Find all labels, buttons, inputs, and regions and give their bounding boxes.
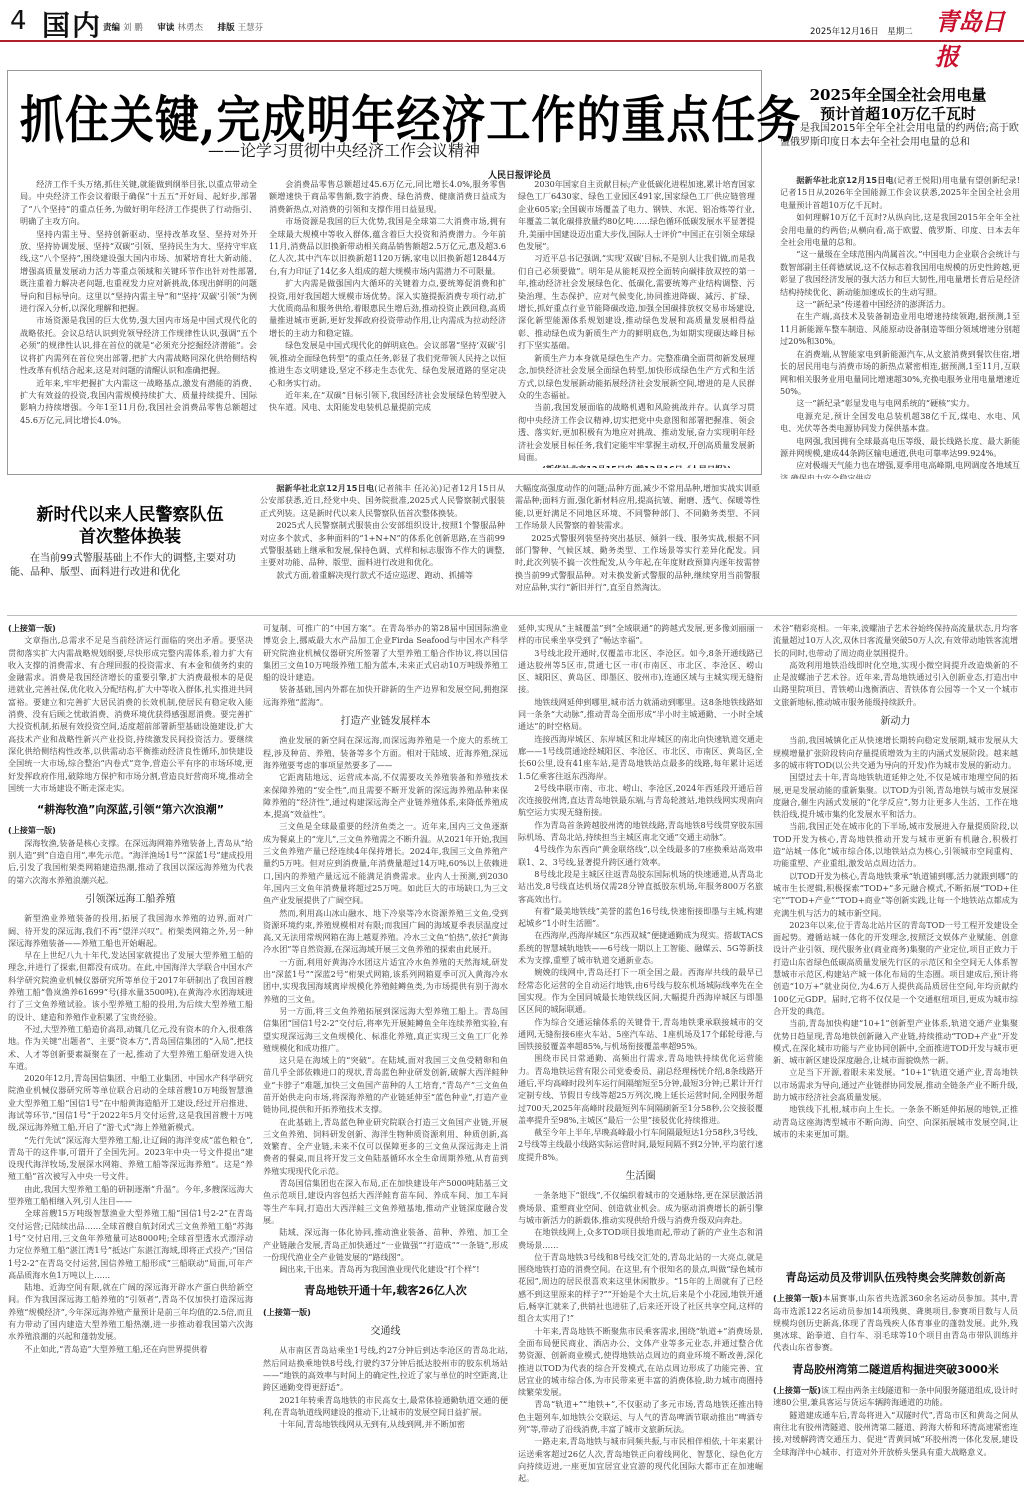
paragraph: 2020年12月,青岛国信集团、中船工业集团、中国水产科学研究院渔业机械仪器研究… <box>8 1072 253 1133</box>
paragraph: 2025式警服列装坚持突出基层、倾斜一线、服务实战,根据不同部门警种、气候区域、… <box>515 532 760 594</box>
paragraph: 隧道建成通车后,青岛将进入“双隧时代”,青岛市区和黄岛之间从南往北有胶州湾隧道、… <box>773 1409 1018 1458</box>
paragraph: 文章指出,总需求不足是当前经济运行面临的突出矛盾。要坚决贯彻落实扩大内需战略规划… <box>8 634 253 794</box>
paragraph: 婉娩的线网中,青岛还打下一项全国之最。西海岸共线的最早已经常态化运营的全自动运行… <box>518 966 763 1015</box>
paragraph: 当前,我国正处在城市化的下半场,城市发展进入存量提质阶段,以TOD开发为核心,青… <box>773 820 1018 869</box>
jump-label: (上接第一版) <box>8 824 253 836</box>
police-body: 据新华社北京12月15日电(记者熊丰 任沁沁)记者12月15日从公安部获悉,近日… <box>260 482 760 608</box>
paragraph: 这只是在海域上的“突破”。在陆域,面对我国三文鱼受精卵和鱼苗几乎全部依赖进口的现… <box>263 1054 508 1115</box>
bottom-column-2: 可复制、可推广的“中国方案”。在青岛举办的第28届中国国际渔业博览会上,挪威最大… <box>263 622 508 1482</box>
electricity-body: 据新华社北京12月15日电(记者王悦阳)用电量有望创新纪录!记者15日从2026… <box>780 174 1020 479</box>
paragraph: 据新华社北京12月15日电(记者熊丰 任沁沁)记者12月15日从公安部获悉,近日… <box>260 482 505 519</box>
section-divider <box>7 615 1017 616</box>
reporter: (记者熊丰 任沁沁) <box>374 483 442 493</box>
paragraph: “先行先试”深远海大型养殖工船,让辽阔的海洋变成“蓝色粮仓”,青岛干的这件事,可… <box>8 1134 253 1183</box>
reporter: (记者王悦阳) <box>894 175 942 185</box>
paragraph: 在生产端,高技术及装备制造业用电增速持续领跑,据预测,1至11月新能源车整车制造… <box>780 310 1020 347</box>
header-rule <box>0 40 1024 42</box>
subhead: 引领深远海工船养殖 <box>8 894 253 906</box>
paragraph: 扩大内需是做强国内大循环的关键着力点,要统筹促消费和扩投资,用好我国超大规模市场… <box>269 277 506 339</box>
lead-column-1: 经济工作千头万绪,抓住关键,就能做到纲举目张,以重点带动全局。中央经济工作会议着… <box>20 178 257 468</box>
paragraph: 以TOD开发为核心,青岛地铁秉承“轨道铺到哪,活力就跟到哪”的城市生长逻辑,积极… <box>773 870 1018 919</box>
paragraph: 从市南区青岛站乘坐1号线,约27分钟后到达李沧区的青岛北站,然后同站换乘地铁8号… <box>263 1344 508 1393</box>
paragraph: 可复制、可推广的“中国方案”。在青岛举办的第28届中国国际渔业博览会上,挪威最大… <box>263 622 508 683</box>
paragraph: 据新华社北京12月15日电(记者王悦阳)用电量有望创新纪录!记者15日从2026… <box>780 174 1020 211</box>
paragraph: (上接第一版)本届赛事,山东省共选派360余名运动员参加。其中,青岛市选派122… <box>773 1292 1018 1353</box>
paragraph: 十年来,青岛地铁不断聚焦市民乘客需求,围绕“轨道+”消费场景,全面布局便民商业、… <box>518 1325 763 1399</box>
paragraph: 坚持内需主导、坚持创新驱动、坚持改革攻坚、坚持对外开放、坚持协调发展、坚持“双碳… <box>20 228 257 315</box>
paragraph: 2号线串联市南、市北、崂山、李沧区,2024年西延段开通后首次连接胶州湾,直达青… <box>518 782 763 819</box>
paragraph: 不止如此,“青岛造”大型养殖工船,还在向世界提供着 <box>8 1343 253 1355</box>
headline-line: 首次整体换装 <box>79 527 181 547</box>
subhead: 打造产业链发展样本 <box>263 716 508 728</box>
paragraph: 近年来,在“双碳”目标引领下,我国经济社会发展绿色转型驶入快车道。风电、太阳能发… <box>269 389 506 414</box>
paragraph: 当前,青岛加快构建“10+1”创新型产业体系,轨道交通产业集聚优势日趋显现,青岛… <box>773 1017 1018 1066</box>
dateline: 据新华社北京12月15日电 <box>796 175 894 185</box>
metro-continuation: 术谷”精彩亮相。一年来,波螺油子艺术谷始终保持高流量状态,月均客流量超过10万人… <box>773 622 1018 1262</box>
paragraph: 三文鱼是全球最重要的经济鱼类之一。近年来,国内三文鱼逐渐成为餐桌上的“宠儿”,三… <box>263 820 508 906</box>
paragraph: 近年来,牢牢把握扩大内需这一战略基点,激发有潜能的消费、扩大有效益的投资,我国内… <box>20 377 257 427</box>
paragraph: 作为青岛首条跨越胶州湾的地铁线路,青岛地铁8号线贯穿胶东国际机场、青岛北站,持续… <box>518 819 763 844</box>
paragraph: 深海牧渔,装备是核心支撑。在深远海网箱养殖装备上,青岛从“给别人造”到“自造自用… <box>8 837 253 886</box>
police-column-2: 大幅度高强度动作的问题;品种方面,减少不常用品种,增加实战实训亟需品种;面料方面… <box>515 482 760 608</box>
paragraph: 经济工作千头万绪,抓住关键,就能做到纲举目张,以重点带动全局。中央经济工作会议着… <box>20 178 257 228</box>
paragraph: 渔业发展的新空间在深远海,而深远海养殖是一个庞大的系统工程,涉及种苗、养殖、装备… <box>263 734 508 771</box>
paragraph: 当前,我国发展面临的战略机遇和风险挑战并存。认真学习贯彻中央经济工作会议精神,切… <box>518 401 755 463</box>
lead-subtitle: ——论学习贯彻中央经济工作会议精神 <box>208 138 480 161</box>
paragraph: 陆地、近海空间有限,就在广阔的深远海开辟水产蛋白供给新空间。作为我国深远海工船养… <box>8 1281 253 1342</box>
paragraph: 在西海岸,西海岸城区“东西双城”便捷通勤成为现实。搭载TACS系统的智慧城轨地铁… <box>518 929 763 966</box>
paragraph: 2025式人民警察制式服装由公安部组织设计,按照1个警服品种对应多个款式、多种面… <box>260 519 505 569</box>
paragraph: 高效利用地铁沿线即时化空地,实现小微空间提升改造焕新的不止是波螺油子艺术谷。近年… <box>773 659 1018 708</box>
subhead: 生活圈 <box>518 1171 763 1183</box>
paragraph: 连接西海岸城区、东岸城区和北岸城区的南北向快速轨道交通走廊——1号线贯通途经城阳… <box>518 733 763 782</box>
paragraph: 2023年以来,位于青岛北站片区的青岛TOD一号工程开发建设全面起势。遵循站城一… <box>773 919 1018 1017</box>
subhead: 交通线 <box>263 1326 508 1338</box>
headline-line: 2025年全国全社会用电量 <box>810 86 987 104</box>
credit-name: 王慧芬 <box>238 23 264 33</box>
lead-column-3: 2030年国家自主贡献目标;产业低碳化进程加速,累计培育国家绿色工厂6430家、… <box>518 178 755 468</box>
paragraph: 市场资源是我国的巨大优势,强大国内市场是中国式现代化的战略依托。会议总结认识到党… <box>20 314 257 376</box>
lead-body: 经济工作千头万绪,抓住关键,就能做到纲举目张,以重点带动全局。中央经济工作会议着… <box>20 178 755 468</box>
paragraph: 习近平总书记强调,“实现‘双碳’目标,不是别人让我们做,而是我们自己必须要做”。… <box>518 252 755 351</box>
paragraph: 不过,大型养殖工船造价高昂,动辄几亿元,没有资本的介入,很难落地。作为关键“出题… <box>8 1023 253 1072</box>
paragraph: 阔出来,干出来。青岛再为我国渔业现代化建设“打个样”! <box>263 1263 508 1275</box>
paragraph: 市场资源是我国的巨大优势,我国是全球第二大消费市场,拥有全球最大规模中等收入群体… <box>269 215 506 277</box>
jump-label: (上接第一版) <box>773 1385 821 1395</box>
editor-credits: 责编刘 鹏 审读林勇杰 排版王慧芬 <box>103 21 275 33</box>
source-line: (新华社北京12月15日电 载12月16日《人民日报》) <box>518 463 755 468</box>
credit-name: 刘 鹏 <box>123 23 143 33</box>
fishery-headline: “耕海牧渔”向深蓝,引领“第六次浪潮” <box>8 804 253 816</box>
paragraph: 青岛“轨道+”“地铁+”,不仅驱动了多元市场,青岛地铁还推出特色主题列车,如地铁… <box>518 1398 763 1435</box>
paragraph: 在消费端,从智能家电到新能源汽车,从文旅消费到餐饮住宿,增长的居民用电与消费市场… <box>780 348 1020 398</box>
paragraph: 会消费品零售总额超过45.6万亿元,同比增长4.0%,服务零售额增速快于商品零售… <box>269 178 506 215</box>
paragraph: 早在上世纪八九十年代,发达国家就提出了发展大型养殖工船的理念,并进行了探索,但都… <box>8 949 253 1023</box>
jump-label: (上接第一版) <box>773 1293 822 1303</box>
paragraph: 新型渔业养殖装备的投用,拓展了我国海水养殖的边界,面对广阔、待开发的深远海,我们… <box>8 912 253 949</box>
paragraph: 3号线北段开通时,仅覆盖市北区、李沧区。如今,8条开通线路已通达胶州等5区市,贯… <box>518 647 763 696</box>
paragraph: 这一“新纪录”传递着中国经济的澎湃活力。 <box>780 298 1020 310</box>
credit-role: 责编 <box>103 23 120 33</box>
dateline: 据新华社北京12月15日电 <box>276 483 374 493</box>
paragraph: 电源充足,预计全国发电总装机超38亿千瓦,煤电、水电、风电、光伏等各类电源协同发… <box>780 410 1020 435</box>
paragraph: 应对极端天气能力也在增强,夏季用电高峰期,电网调度各地域互济,确保电力安全稳定供… <box>780 459 1020 479</box>
masthead: 4 国内 责编刘 鹏 审读林勇杰 排版王慧芬 2025年12月16日 星期二 青… <box>0 0 1024 42</box>
paragraph: 由此,我国大型养殖工船的研制逐渐“升温”。今年,多艘深远海大型养殖工船相继入列,… <box>8 1183 253 1208</box>
paragraph: 电网强,我国拥有全球最高电压等级、最长线路长度、最大新能源并网规模,建成44条跨… <box>780 435 1020 460</box>
paragraph: 一路走来,青岛地铁与城市同频共振,与市民相伴相依,十年来累计运送乘客超过26亿人… <box>518 1435 763 1482</box>
police-headline: 新时代以来人民警察队伍 首次整体换装 <box>10 504 250 548</box>
paragraph: (上接第一版)该工程由两条主线隧道和一条中间服务隧道组成,设计时速80公里,兼具… <box>773 1384 1018 1409</box>
electricity-deck: 是我国2015年全年全社会用电量的约两倍;高于欧盟俄罗斯印度日本去年全社会用电量… <box>780 122 1020 150</box>
electricity-headline: 2025年全国全社会用电量 预计首超10万亿千瓦时 <box>778 86 1018 124</box>
headline-line: 预计首超10万亿千瓦时 <box>820 105 976 123</box>
tunnel-headline: 青岛胶州湾第二隧道盾构掘进突破3000米 <box>773 1364 1018 1376</box>
police-deck: 在当前99式警服基础上不作大的调整,主要对功能、品种、版型、面料进行改进和优化 <box>10 552 255 580</box>
paragraph: 青岛国信集团也在深入布局,正在加快建设年产5000吨陆基三文鱼示范项目,建设内容… <box>263 1177 508 1226</box>
paragraph: 绿色发展是中国式现代化的鲜明底色。会议部署“坚持‘双碳’引领,推动全面绿色转型”… <box>269 339 506 389</box>
paragraph: 大幅度高强度动作的问题;品种方面,减少不常用品种,增加实战实训亟需品种;面料方面… <box>515 482 760 532</box>
bottom-column-4: 术谷”精彩亮相。一年来,波螺油子艺术谷始终保持高流量状态,月均客流量超过10万人… <box>773 622 1018 1482</box>
paragraph: 2021年转乘青岛地铁的市民高女士,最常体验通勤轨道交通的便利,在青岛轨道线网建… <box>263 1394 508 1419</box>
paralympics-headline: 青岛运动员及带训队伍残特奥会奖牌数创新高 <box>773 1272 1018 1284</box>
paragraph: 它距离陆地远、运营成本高,不仅需要攻关养殖装备和养殖技术来保障养殖的“安全性”,… <box>263 771 508 820</box>
newspaper-logo: 青岛日报 <box>935 2 1024 72</box>
paragraph: 术谷”精彩亮相。一年来,波螺油子艺术谷始终保持高流量状态,月均客流量超过10万人… <box>773 622 1018 659</box>
credit-role: 排版 <box>218 23 235 33</box>
paragraph: 装备基础,国内外都在加快开辟新的生产边界和发展空间,拥抱深远海养殖“蓝海”。 <box>263 683 508 708</box>
issue-date: 2025年12月16日 星期二 <box>810 25 913 37</box>
bottom-column-3: 延伸,实现从“主城覆盖”到“全域联通”的跨越式发展,更多像刘丽丽一样的市民乘坐享… <box>518 622 763 1482</box>
paragraph: “这一量级在全球范围内尚属首次。”中国电力企业联合会统计与数智部副主任蒋德斌说,… <box>780 248 1020 298</box>
paragraph: 位于青岛地铁3号线和8号线交汇处的,青岛北站的一大亮点,就是围绕地铁打造的消费空… <box>518 1251 763 1325</box>
lead-column-2: 会消费品零售总额超过45.6万亿元,同比增长4.0%,服务零售额增速快于商品零售… <box>269 178 506 468</box>
paragraph: 围绕市民日常通勤、高频出行需求,青岛地铁持续优化运营能力。青岛地铁运营有限公司党… <box>518 1052 763 1126</box>
credit-name: 林勇杰 <box>177 23 203 33</box>
paragraph: 4号线作为东西向“黄金联络线”,以全线最多的7座换乘站高效串联1、2、3号线,显… <box>518 843 763 868</box>
paragraph: 在地铁线网上,众多TOD项目拔地而起,带动了新的产业生态和消费场景…… <box>518 1226 763 1251</box>
subhead: 新动力 <box>773 716 1018 728</box>
paragraph: 款式方面,着重解决现行款式不适应巡逻、跑动、抓捕等 <box>260 569 505 581</box>
paragraph: 这一“新纪录”彰显发电与电网系统的“硬核”实力。 <box>780 397 1020 409</box>
police-column-1: 据新华社北京12月15日电(记者熊丰 任沁沁)记者12月15日从公安部获悉,近日… <box>260 482 505 608</box>
paragraph: 如何理解10万亿千瓦时?从纵向比,这是我国2015年全年全社会用电量的约两倍;从… <box>780 211 1020 248</box>
paragraph: 截至今年上半年,早晚高峰最小行车间隔最短达1分58秒,3号线、2号线等主线最小线… <box>518 1126 763 1163</box>
headline-line: 新时代以来人民警察队伍 <box>37 505 224 525</box>
paragraph: 另一方面,将三文鱼养殖拓展到深远海大型养殖工船上。青岛国信集团“国信1号2-2”… <box>263 1005 508 1054</box>
jump-label: (上接第一版) <box>263 1306 508 1318</box>
bottom-column-1: (上接第一版) 文章指出,总需求不足是当前经济运行面临的突出矛盾。要坚决贯彻落实… <box>8 622 253 1482</box>
lead-story: 抓住关键,完成明年经济工作的重点任务 ——论学习贯彻中央经济工作会议精神 人民日… <box>7 70 762 475</box>
paragraph: 在此基础上,青岛蓝色种业研究院联合打造三文鱼国产业链,开展三文鱼养殖、饲料研发创… <box>263 1116 508 1177</box>
paragraph: 延伸,实现从“主城覆盖”到“全域联通”的跨越式发展,更多像刘丽丽一样的市民乘坐享… <box>518 622 763 647</box>
paragraph: 8号线北段是主城区往返青岛胶东国际机场的快速通道,从青岛北站出发,8号线直达机场… <box>518 868 763 905</box>
paragraph: 作为综合交通运输体系的关键骨干,青岛地铁秉承联接城市的交通网,无缝衔接6座火车站… <box>518 1016 763 1053</box>
paragraph: 一方面,利用好黄海冷水团这片适宜冷水鱼养殖的天然海域,研发出“深蓝1号”“深蓝2… <box>263 956 508 1005</box>
paragraph: 有着“最美地铁线”美誉的蓝色16号线,快速衔接即墨与主城,构建起城乡“1小时生活… <box>518 905 763 930</box>
paragraph: 然而,利用高山冰山融水、地下冷泉等冷水资源养殖三文鱼,受到资源环境约束,养殖规模… <box>263 907 508 956</box>
paragraph: 立足当下开源,着眼未来发展。“10+1”轨道交通产业,青岛地铁以市场需求为导向,… <box>773 1066 1018 1103</box>
paragraph: 十年间,青岛地铁线网从无到有,从线到网,并不断加密 <box>263 1418 508 1430</box>
paragraph: 新质生产力本身就是绿色生产力。完整准确全面贯彻新发展理念,加快经济社会发展全面绿… <box>518 352 755 402</box>
paragraph: 地铁线网延伸到哪里,城市活力就涌动到哪里。这8条地铁线路如同一条条“大动脉”,推… <box>518 696 763 733</box>
paragraph: 陆域、深远海一体化协同,推动渔业装备、苗种、养殖、加工全产业链融合发展,青岛正加… <box>263 1226 508 1263</box>
credit-role: 审读 <box>157 23 174 33</box>
page-number: 4 <box>10 6 27 36</box>
jump-label: (上接第一版) <box>8 622 253 634</box>
paragraph: 一条条地下“银线”,不仅编织着城市的交通脉络,更在深层激活消费场景、重塑商业空间… <box>518 1189 763 1226</box>
paragraph: 国望过去十年,青岛地铁轨道延伸之处,不仅是城市地理空间的拓展,更是发展动能的重新… <box>773 771 1018 820</box>
section-title: 国内 <box>42 4 102 44</box>
continued-stories: (上接第一版) 文章指出,总需求不足是当前经济运行面临的突出矛盾。要坚决贯彻落实… <box>8 622 1018 1482</box>
paragraph: 全球首艘15万吨级智慧渔业大型养殖工船“国信1号2-2”在青岛交付运营;已陆续出… <box>8 1207 253 1281</box>
metro-headline: 青岛地铁开通十年,载客26亿人次 <box>263 1285 508 1297</box>
paragraph: 地铁线下扎根,城市向上生长。一条条不断延伸拓展的地铁,正推动青岛这座海湾型城市不… <box>773 1103 1018 1140</box>
paragraph: 当前,我国城镇化正从快速增长期转向稳定发展期,城市发展从大规模增量扩张阶段转向存… <box>773 734 1018 771</box>
paragraph: 2030年国家自主贡献目标;产业低碳化进程加速,累计培育国家绿色工厂6430家、… <box>518 178 755 252</box>
